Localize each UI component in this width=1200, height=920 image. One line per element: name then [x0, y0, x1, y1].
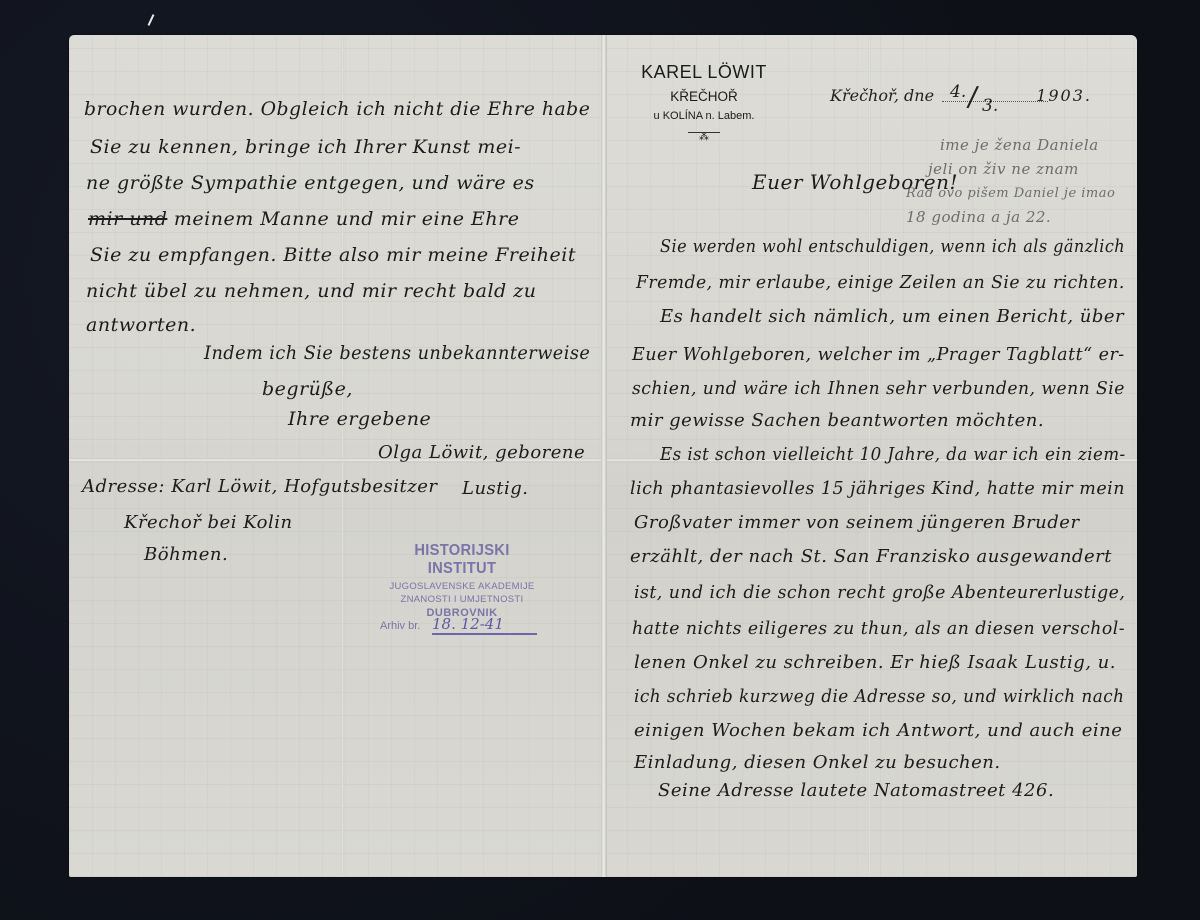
letterhead-subplace: u KOLÍNA n. Labem. [614, 110, 794, 122]
right-body-line: Es handelt sich nämlich, um einen Berich… [660, 306, 1124, 327]
right-body-line: lenen Onkel zu schreiben. Er hieß Isaak … [634, 652, 1116, 673]
stamp-archive-number: 18. 12-41 [432, 615, 537, 635]
stamp-archive-row: Arhiv br. 18. 12-41 [372, 620, 552, 632]
salutation: Euer Wohlgeboren! [752, 170, 958, 194]
return-address-line: Křechoř bei Kolin [124, 512, 293, 533]
right-body-line: Fremde, mir erlaube, einige Zeilen an Si… [636, 272, 1125, 293]
right-body-line: Sie werden wohl entschuldigen, wenn ich … [660, 236, 1125, 257]
return-address-line: Böhmen. [144, 544, 228, 565]
dateline: Křečhoř, dne 4. / 3. 1903. [830, 86, 1092, 110]
left-body-line: nicht übel zu nehmen, und mir recht bald… [86, 280, 537, 302]
struck-words: mir und [88, 208, 167, 230]
dateline-year: 1903. [1036, 86, 1092, 105]
vertical-fold-left [341, 35, 344, 877]
closing-line: Ihre ergebene [288, 408, 431, 430]
stamp-academy: JUGOSLAVENSKE AKADEMIJE [372, 581, 552, 592]
stamp-archive-label: Arhiv br. [380, 620, 420, 632]
left-body-line: antworten. [86, 314, 196, 336]
right-body-line: Einladung, diesen Onkel zu besuchen. [634, 752, 1001, 773]
letterhead: KAREL LÖWIT KŘEČHOŘ u KOLÍNA n. Labem. ⁂ [614, 62, 794, 143]
right-body-line: mir gewisse Sachen beantworten möchten. [630, 410, 1044, 431]
letterhead-place: KŘEČHOŘ [614, 89, 794, 104]
dateline-place: Křečhoř, dne [830, 86, 934, 105]
pencil-line: 18 godina a ja 22. [906, 208, 1051, 226]
right-body-line: Seine Adresse lautete Natomastreet 426. [658, 780, 1054, 801]
right-body-line: erzählt, der nach St. San Franzisko ausg… [630, 546, 1112, 567]
left-body-line: Sie zu kennen, bringe ich Ihrer Kunst me… [90, 136, 521, 158]
ornament-icon: ⁂ [688, 132, 720, 143]
closing-line: begrüße, [262, 378, 353, 400]
right-body-line: ist, und ich die schon recht große Abent… [634, 582, 1125, 603]
pencil-line: ime je žena Daniela [940, 136, 1099, 154]
left-body-line: ne größte Sympathie entgegen, und wäre e… [86, 172, 535, 194]
corner-tick-mark [148, 14, 155, 26]
right-body-line: Großvater immer von seinem jüngeren Brud… [634, 512, 1080, 533]
right-body-line: hatte nichts eiligeres zu thun, als an d… [632, 618, 1125, 639]
closing-line: Indem ich Sie bestens unbekannterweise [204, 342, 590, 364]
right-body-line: lich phantasievolles 15 jähriges Kind, h… [630, 478, 1125, 499]
right-body-line: einigen Wochen bekam ich Antwort, und au… [634, 720, 1122, 741]
dateline-month: 3. [982, 96, 998, 116]
right-body-line: ich schrieb kurzweg die Adresse so, und … [634, 686, 1124, 707]
center-fold [601, 35, 607, 877]
dateline-day: 4. [950, 82, 966, 102]
left-body-line-with-strikethrough: mir und meinem Manne und mir eine Ehre [88, 208, 520, 230]
left-body-line: Sie zu empfangen. Bitte also mir meine F… [90, 244, 576, 266]
letterhead-name: KAREL LÖWIT [614, 62, 794, 83]
stamp-sciences: ZNANOSTI I UMJETNOSTI [372, 594, 552, 605]
signature-maiden-name: Lustig. [462, 478, 529, 499]
left-body-line: brochen wurden. Obgleich ich nicht die E… [84, 98, 590, 120]
stamp-institute: HISTORIJSKI INSTITUT [379, 542, 545, 578]
archive-stamp: HISTORIJSKI INSTITUT JUGOSLAVENSKE AKADE… [372, 542, 552, 632]
right-body-line: Euer Wohlgeboren, welcher im „Prager Tag… [632, 344, 1125, 365]
right-body-line: Es ist schon vielleicht 10 Jahre, da war… [660, 444, 1126, 465]
right-body-line: schien, und wäre ich Ihnen sehr verbunde… [632, 378, 1125, 399]
return-address-line: Adresse: Karl Löwit, Hofgutsbesitzer [82, 476, 438, 497]
signature-name: Olga Löwit, geborene [378, 442, 585, 463]
